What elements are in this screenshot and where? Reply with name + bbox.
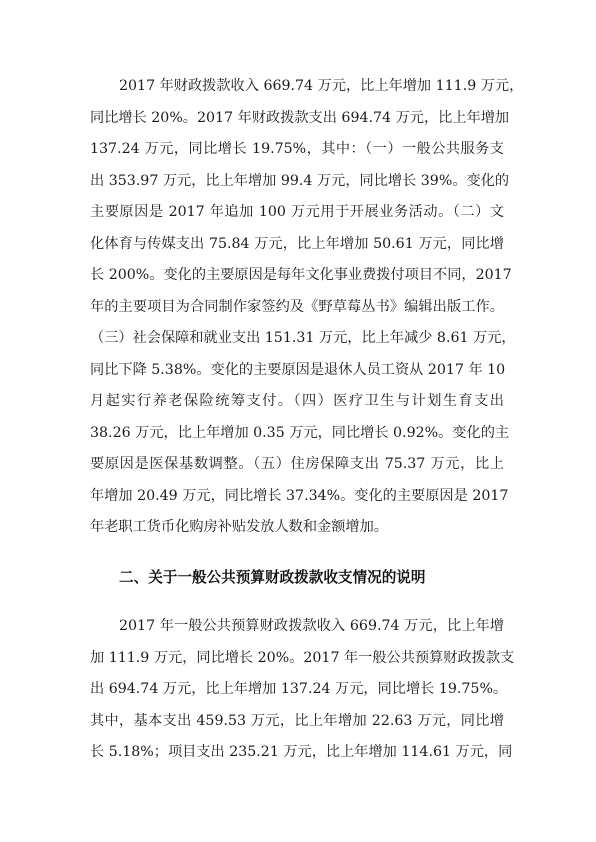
text-line: 出 694.74 万元，比上年增加 137.24 万元，同比增长 19.75%。 bbox=[90, 679, 504, 699]
text-line: 出 353.97 万元，比上年增加 99.4 万元，同比增长 39%。变化的 bbox=[90, 171, 504, 191]
text-line: 年的主要项目为合同制作家签约及《野草莓丛书》编辑出版工作。 bbox=[90, 297, 504, 317]
document-page: 2017 年财政拨款收入 669.74 万元，比上年增加 111.9 万元， 同… bbox=[0, 0, 596, 842]
text-line: 年老职工货币化购房补贴发放人数和金额增加。 bbox=[90, 517, 504, 537]
text-line: 2017 年财政拨款收入 669.74 万元，比上年增加 111.9 万元， bbox=[119, 76, 504, 96]
text-line: 年增加 20.49 万元，同比增长 37.34%。变化的主要原因是 2017 bbox=[90, 486, 504, 506]
text-line: 同比下降 5.38%。变化的主要原因是退休人员工资从 2017 年 10 bbox=[90, 360, 504, 380]
text-line: 月起实行养老保险统筹支付。（四）医疗卫生与计划生育支出 bbox=[90, 391, 504, 411]
text-line: 加 111.9 万元，同比增长 20%。2017 年一般公共预算财政拨款支 bbox=[90, 648, 504, 668]
section-heading: 二、关于一般公共预算财政拨款收支情况的说明 bbox=[119, 568, 425, 588]
text-line: 2017 年一般公共预算财政拨款收入 669.74 万元，比上年增 bbox=[119, 616, 504, 636]
text-line: 化体育与传媒支出 75.84 万元，比上年增加 50.61 万元，同比增 bbox=[90, 234, 504, 254]
text-line: 38.26 万元，比上年增加 0.35 万元，同比增长 0.92%。变化的主 bbox=[90, 423, 504, 443]
text-line: （三）社会保障和就业支出 151.31 万元，比上年减少 8.61 万元， bbox=[90, 328, 504, 348]
text-line: 要原因是医保基数调整。（五）住房保障支出 75.37 万元，比上 bbox=[90, 454, 504, 474]
text-line: 同比增长 20%。2017 年财政拨款支出 694.74 万元，比上年增加 bbox=[90, 108, 504, 128]
text-line: 137.24 万元，同比增长 19.75%，其中：（一）一般公共服务支 bbox=[90, 139, 504, 159]
text-line: 其中，基本支出 459.53 万元，比上年增加 22.63 万元，同比增 bbox=[90, 711, 504, 731]
text-line: 主要原因是 2017 年追加 100 万元用于开展业务活动。（二）文 bbox=[90, 202, 504, 222]
text-line: 长 5.18%；项目支出 235.21 万元，比上年增加 114.61 万元，同 bbox=[90, 742, 504, 762]
text-line: 长 200%。变化的主要原因是每年文化事业费拨付项目不同，2017 bbox=[90, 265, 504, 285]
